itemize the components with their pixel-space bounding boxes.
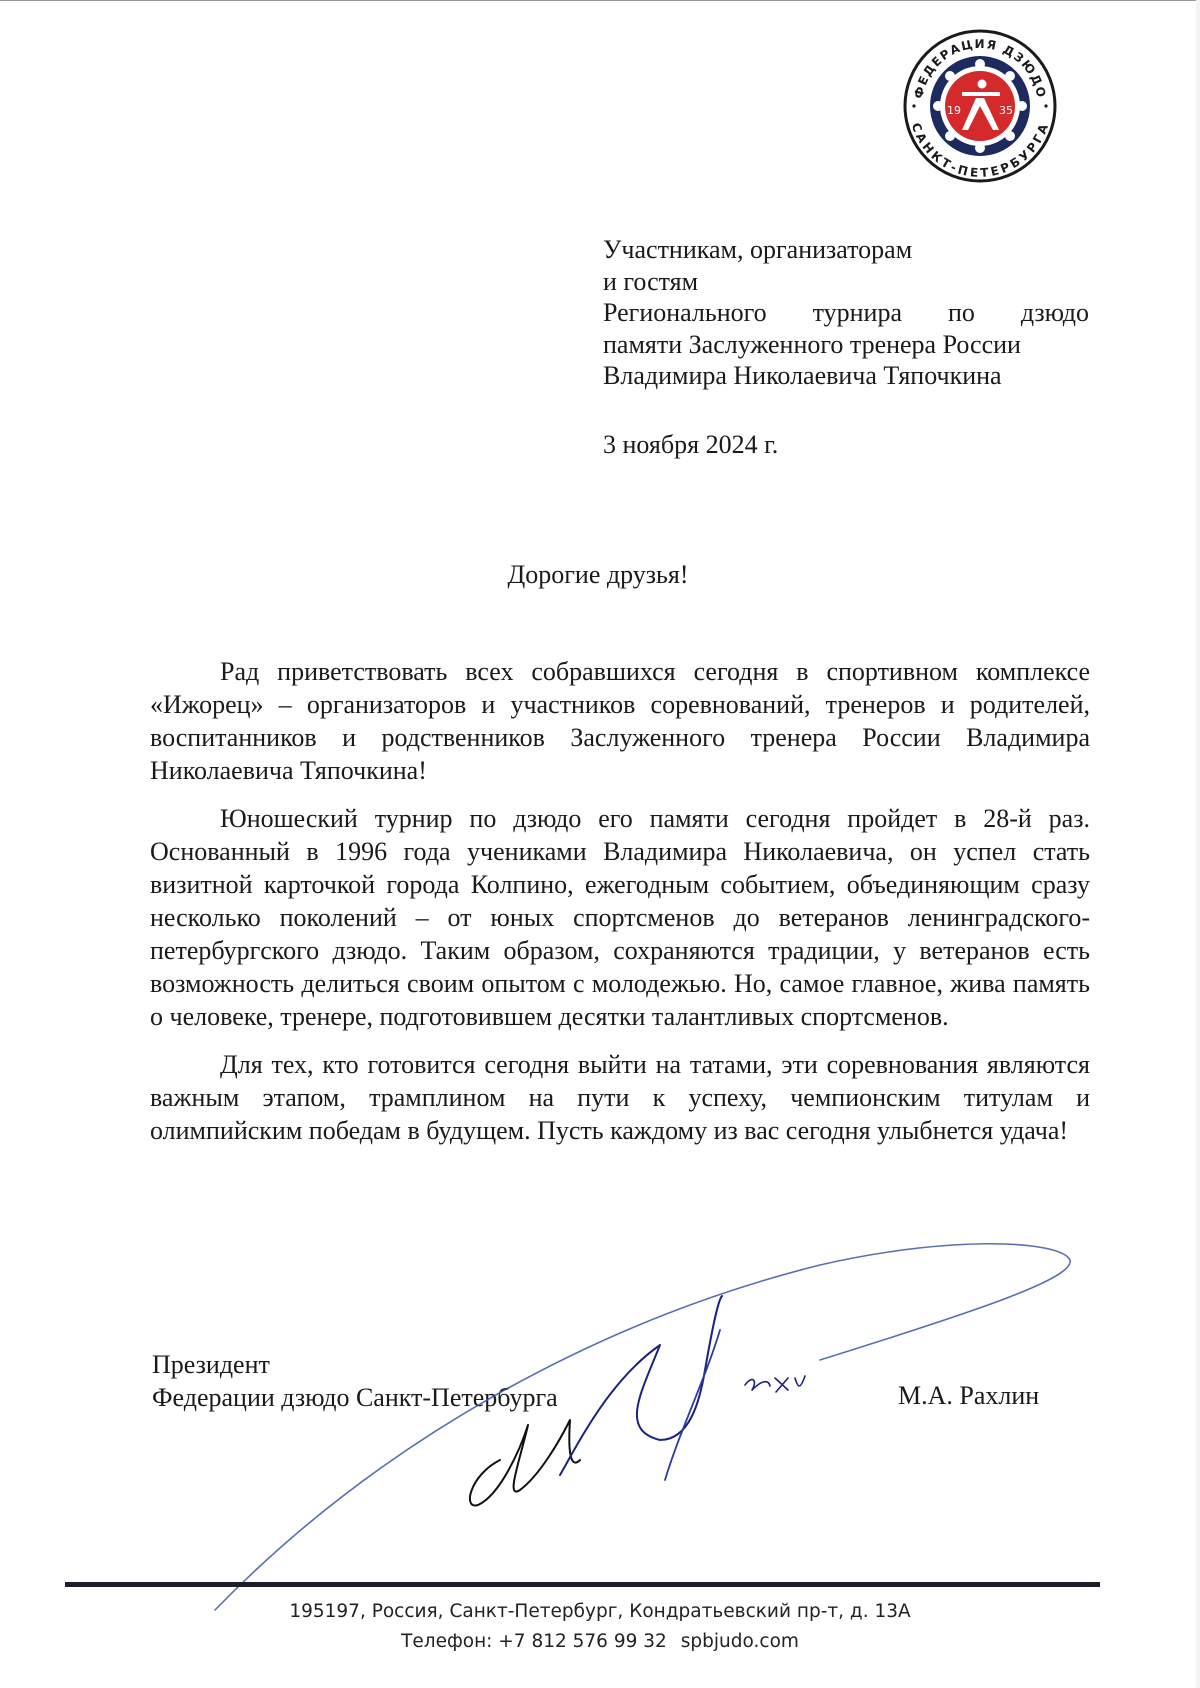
- paragraph: Для тех, кто готовится сегодня выйти на …: [150, 1048, 1090, 1147]
- addressee-line: и гостям: [603, 266, 1089, 298]
- greeting-text: Дорогие друзья!: [508, 560, 689, 589]
- letterhead-footer: 195197, Россия, Санкт-Петербург, Кондрат…: [0, 1597, 1200, 1657]
- addressee-block: Участникам, организаторам и гостям Регио…: [603, 234, 1089, 392]
- addressee-word: турнира: [813, 297, 902, 329]
- signatory-title-line: Президент: [152, 1348, 558, 1381]
- paragraph: Рад приветствовать всех собравшихся сего…: [150, 655, 1090, 787]
- signatory-name: М.А. Рахлин: [898, 1381, 1039, 1411]
- letter-date: 3 ноября 2024 г.: [603, 430, 778, 460]
- addressee-word: по: [948, 297, 975, 329]
- addressee-line: Регионального турнира по дзюдо: [603, 297, 1089, 329]
- signatory-title: Президент Федерации дзюдо Санкт-Петербур…: [152, 1348, 558, 1414]
- footer-phone: Телефон: +7 812 576 99 32: [401, 1631, 667, 1652]
- footer-contacts: Телефон: +7 812 576 99 32spbjudo.com: [0, 1627, 1200, 1657]
- signatory-title-line: Федерации дзюдо Санкт-Петербурга: [152, 1381, 558, 1414]
- page-edge: [0, 0, 1200, 1]
- paragraph: Юношеский турнир по дзюдо его памяти сег…: [150, 802, 1090, 1033]
- svg-text:35: 35: [999, 104, 1013, 117]
- greeting: Дорогие друзья!: [0, 560, 1200, 590]
- addressee-word: Регионального: [603, 297, 767, 329]
- federation-logo: 19 35 ФЕДЕРАЦИЯ ДЗЮДО САНКТ-ПЕТЕРБУРГА: [902, 28, 1058, 184]
- svg-text:19: 19: [947, 104, 961, 117]
- footer-divider: [65, 1582, 1100, 1587]
- addressee-line: памяти Заслуженного тренера России: [603, 329, 1089, 361]
- addressee-line: Участникам, организаторам: [603, 234, 1089, 266]
- addressee-word: дзюдо: [1021, 297, 1089, 329]
- footer-website[interactable]: spbjudo.com: [681, 1631, 799, 1652]
- page-edge: [1196, 0, 1200, 1688]
- addressee-line: Владимира Николаевича Тяпочкина: [603, 360, 1089, 392]
- letter-body: Рад приветствовать всех собравшихся сего…: [150, 655, 1090, 1162]
- footer-address: 195197, Россия, Санкт-Петербург, Кондрат…: [0, 1597, 1200, 1627]
